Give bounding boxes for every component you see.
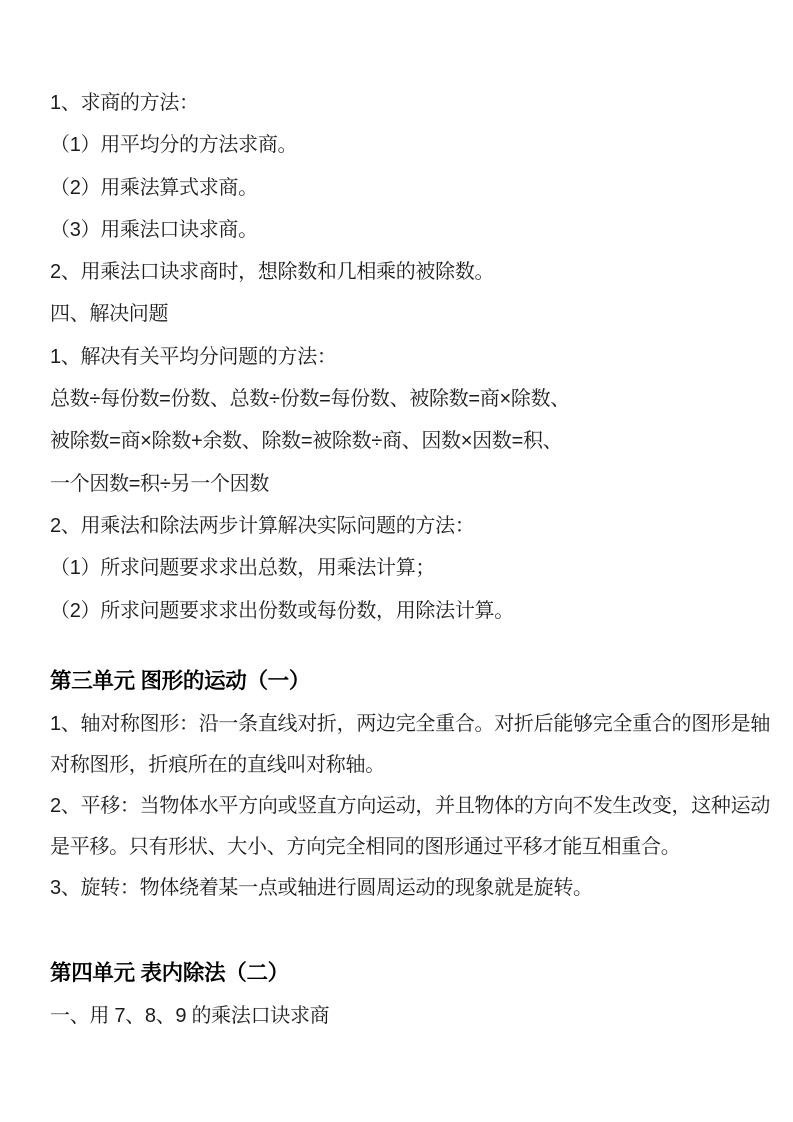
doc-line-mnemonic-note: 2、用乘法口诀求商时，想除数和几相乘的被除数。	[50, 251, 743, 293]
doc-line-average-method-title: 1、解决有关平均分问题的方法：	[50, 336, 743, 378]
section-heading-unit3: 第三单元 图形的运动（一）	[50, 660, 743, 702]
doc-line-method-2: （2）用乘法算式求商。	[50, 167, 743, 209]
doc-line-two-step-1: （1）所求问题要求求出总数，用乘法计算；	[50, 547, 743, 589]
doc-line-method-1: （1）用平均分的方法求商。	[50, 124, 743, 166]
document-page: 1、求商的方法： （1）用平均分的方法求商。 （2）用乘法算式求商。 （3）用乘…	[0, 0, 793, 1122]
doc-line-rotation: 3、旋转：物体绕着某一点或轴进行圆周运动的现象就是旋转。	[50, 868, 743, 909]
doc-line-quotient-methods-title: 1、求商的方法：	[50, 82, 743, 124]
doc-line-translation-1: 2、平移：当物体水平方向或竖直方向运动，并且物体的方向不发生改变，这种运动	[50, 786, 743, 827]
doc-line-789-mnemonic: 一、用 7、8、9 的乘法口诀求商	[50, 996, 743, 1037]
section-heading-unit4: 第四单元 表内除法（二）	[50, 952, 743, 994]
doc-line-symmetry-2: 对称图形，折痕所在的直线叫对称轴。	[50, 745, 743, 786]
doc-line-two-step-2: （2）所求问题要求求出份数或每份数，用除法计算。	[50, 590, 743, 632]
doc-line-formula-1: 总数÷每份数=份数、总数÷份数=每份数、被除数=商×除数、	[50, 378, 743, 420]
doc-line-problem-solving-title: 四、解决问题	[50, 293, 743, 335]
doc-line-method-3: （3）用乘法口诀求商。	[50, 209, 743, 251]
document-content: 1、求商的方法： （1）用平均分的方法求商。 （2）用乘法算式求商。 （3）用乘…	[0, 0, 793, 1037]
doc-line-translation-2: 是平移。只有形状、大小、方向完全相同的图形通过平移才能互相重合。	[50, 827, 743, 868]
doc-line-formula-2: 被除数=商×除数+余数、除数=被除数÷商、因数×因数=积、	[50, 420, 743, 462]
doc-line-symmetry-1: 1、轴对称图形：沿一条直线对折，两边完全重合。对折后能够完全重合的图形是轴	[50, 704, 743, 745]
doc-line-two-step-title: 2、用乘法和除法两步计算解决实际问题的方法：	[50, 505, 743, 547]
doc-line-formula-3: 一个因数=积÷另一个因数	[50, 463, 743, 505]
